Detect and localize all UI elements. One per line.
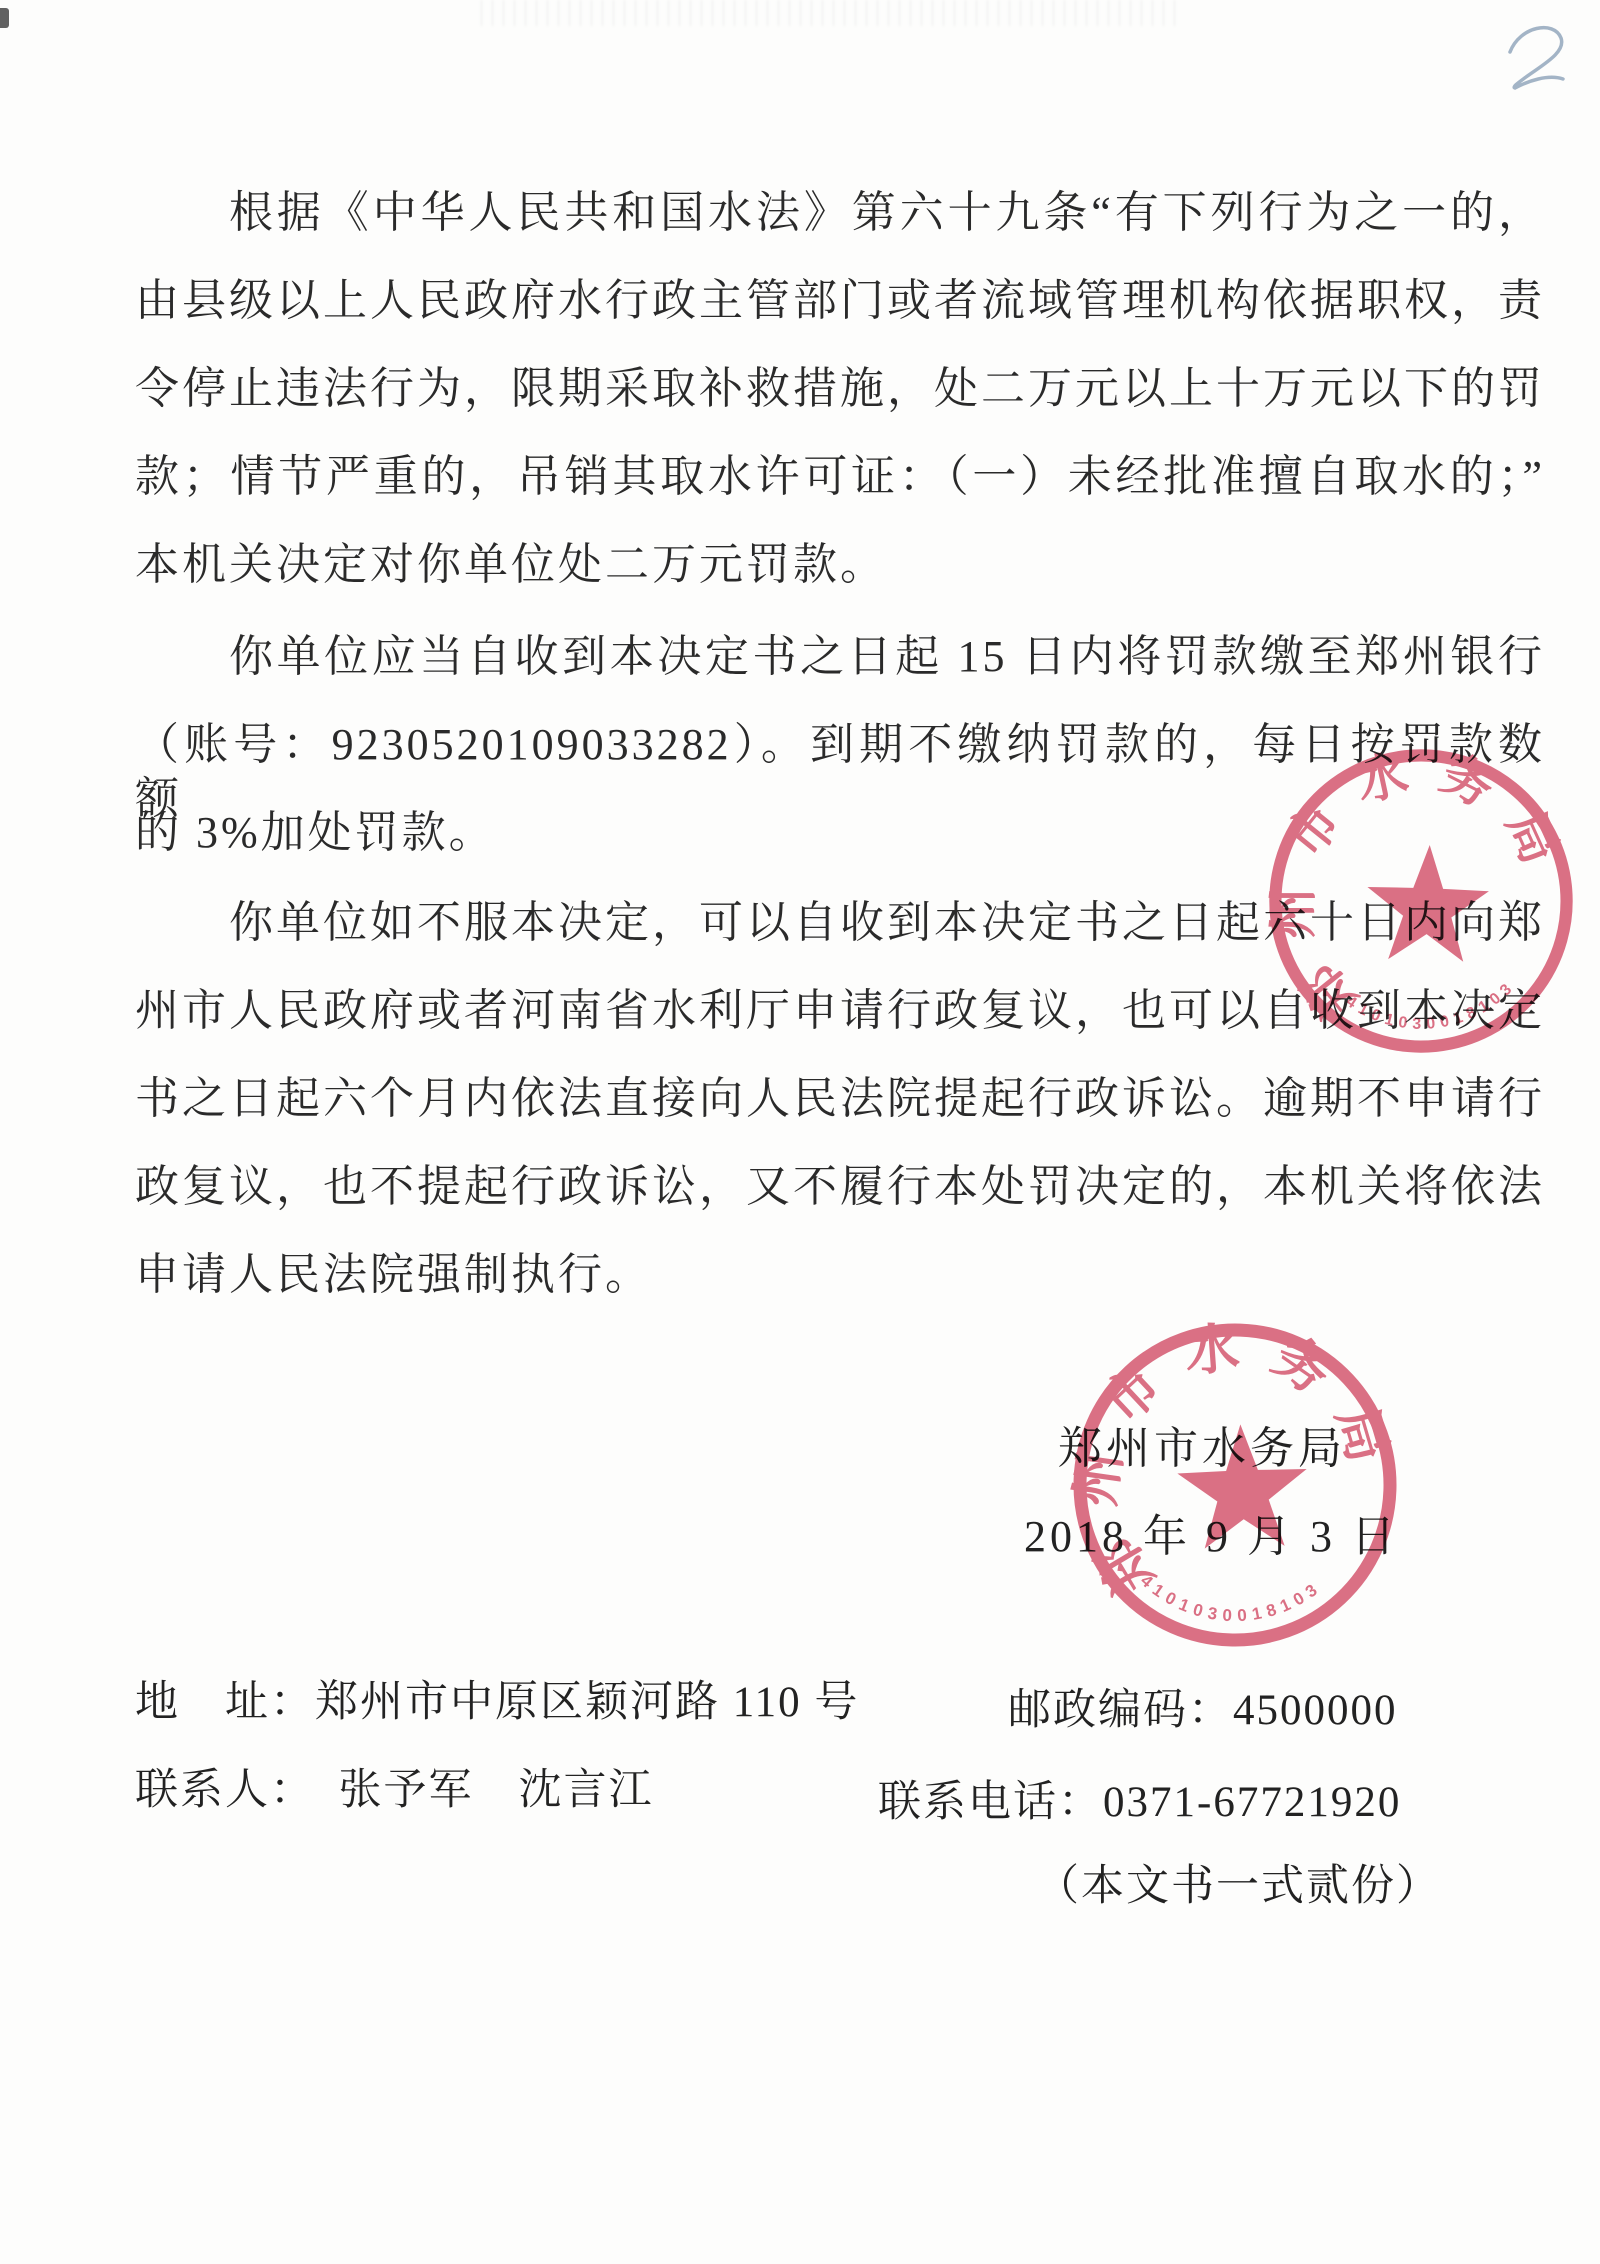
contact-label: 联系人： (135, 1767, 294, 1814)
postcode-label: 邮政编码： (1008, 1687, 1233, 1734)
body-line: 令停止违法行为，限期采取补救措施，处二万元以上十万元以下的罚 (135, 362, 1545, 416)
body-line: 款；情节严重的，吊销其取水许可证：（一）未经批准擅自取水的；” (135, 450, 1545, 504)
scanned-penalty-decision-document: 2 根据《中华人民共和国水法》第六十九条“有下列行为之一的， 由县级以上人民政府… (0, 0, 1600, 2264)
body-line: 政复议，也不提起行政诉讼，又不履行本处罚决定的，本机关将依法 (135, 1160, 1545, 1214)
scan-edge-mark (0, 8, 9, 28)
handwritten-page-number: 2 (1500, 22, 1590, 97)
official-seal-stamp-signature: 郑州市水务局 4101030018103 (1048, 1298, 1422, 1672)
body-line: 申请人民法院强制执行。 (135, 1248, 1545, 1302)
footer-copies-note: （本文书一式贰份） (1036, 1852, 1441, 1913)
seal-star-icon (1176, 1422, 1310, 1549)
seal-star-icon (1365, 843, 1490, 963)
contact-value: 张予军 沈言江 (339, 1767, 654, 1814)
address-label: 地 址： (135, 1679, 315, 1726)
body-line: 你单位应当自收到本决定书之日起 15 日内将罚款缴至郑州银行 (135, 630, 1545, 684)
footer-postcode: 邮政编码：4500000 (1008, 1676, 1398, 1737)
body-line: 本机关决定对你单位处二万元罚款。 (135, 538, 1545, 592)
body-line: 由县级以上人民政府水行政主管部门或者流域管理机构依据职权，责 (135, 274, 1545, 328)
footer-phone: 联系电话：0371-67721920 (878, 1768, 1401, 1829)
phone-value: 0371-67721920 (1103, 1779, 1401, 1826)
footer-contact-person: 联系人： 张予军 沈言江 (135, 1756, 654, 1817)
phone-label: 联系电话： (878, 1779, 1103, 1826)
scan-noise-speckle (480, 0, 1180, 26)
body-line: 根据《中华人民共和国水法》第六十九条“有下列行为之一的， (135, 186, 1545, 240)
postcode-value: 4500000 (1233, 1687, 1398, 1734)
footer-address-row: 地 址：郑州市中原区颖河路 110 号 (135, 1668, 859, 1729)
official-seal-stamp-upper: 郑州市水务局 4101030018103 (1234, 714, 1600, 1088)
address-value: 郑州市中原区颖河路 110 号 (315, 1679, 859, 1726)
